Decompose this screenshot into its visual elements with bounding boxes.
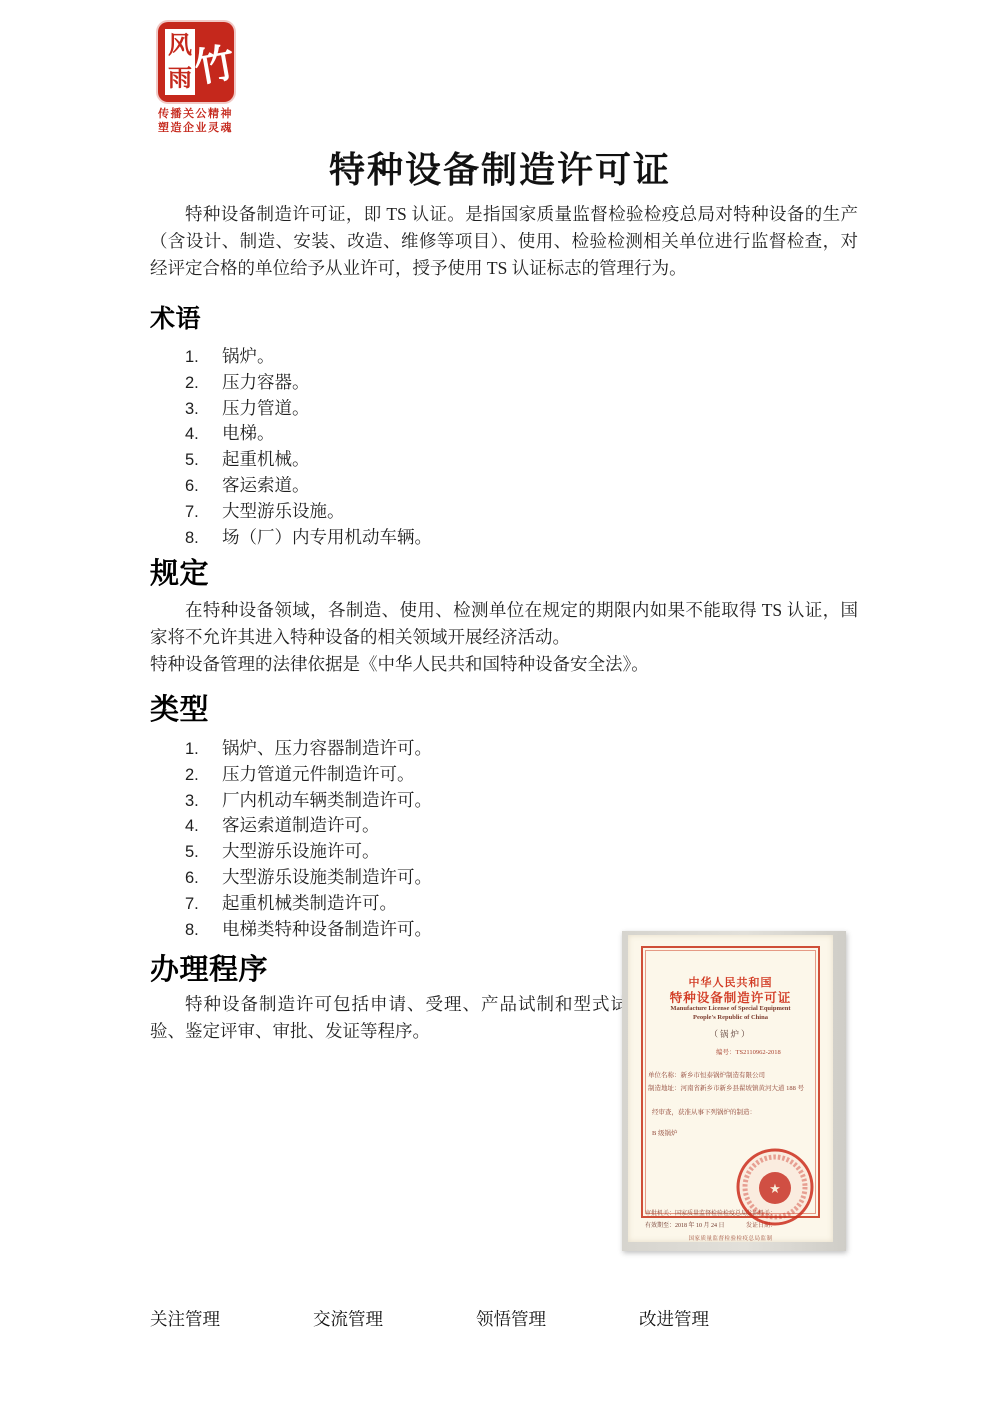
list-item: 5.起重机械。: [185, 446, 432, 472]
list-item: 6.大型游乐设施类制造许可。: [185, 864, 432, 890]
list-item: 3.压力管道。: [185, 395, 432, 421]
section-heading-procedure: 办理程序: [150, 947, 268, 988]
list-item-text: 起重机械类制造许可。: [222, 890, 397, 915]
list-item-text: 大型游乐设施类制造许可。: [222, 864, 432, 889]
list-item: 4.电梯。: [185, 420, 432, 446]
list-item-text: 压力容器。: [222, 369, 310, 394]
list-number: 3.: [185, 792, 222, 811]
cert-address: 制造地址：河南省新乡市新乡县翟坡镇黄河大道 188 号: [648, 1083, 804, 1092]
list-item-text: 电梯。: [222, 420, 275, 445]
list-number: 1.: [185, 348, 222, 367]
list-item-text: 压力管道元件制造许可。: [222, 761, 415, 786]
cert-title-en2: People's Republic of China: [628, 1014, 833, 1021]
section-heading-types: 类型: [150, 687, 209, 728]
cert-approver: 审批机关：国家质量监督检验检疫总局: [645, 1208, 747, 1217]
rules-paragraph-1: 在特种设备领域，各制造、使用、检测单位在规定的期限内如果不能取得 TS 认证，国…: [150, 597, 858, 651]
cert-scope: B 级锅炉: [652, 1128, 677, 1137]
list-item-text: 锅炉。: [222, 343, 275, 368]
list-item-text: 电梯类特种设备制造许可。: [222, 916, 432, 941]
list-number: 2.: [185, 766, 222, 785]
list-item: 2.压力容器。: [185, 369, 432, 395]
list-item: 1.锅炉。: [185, 343, 432, 369]
list-number: 2.: [185, 374, 222, 393]
intro-paragraph: 特种设备制造许可证，即 TS 认证。是指国家质量监督检验检疫总局对特种设备的生产…: [150, 201, 858, 282]
footer-link-exchange[interactable]: 交流管理: [313, 1306, 383, 1331]
red-seal-icon: 风 雨 竹: [158, 22, 234, 102]
footer-nav: 关注管理 交流管理 领悟管理 改进管理: [150, 1306, 802, 1331]
list-number: 5.: [185, 843, 222, 862]
list-item: 5.大型游乐设施许可。: [185, 838, 432, 864]
list-item: 2.压力管道元件制造许可。: [185, 761, 432, 787]
document-page: 风 雨 竹 传播关公精神 塑造企业灵魂 特种设备制造许可证 特种设备制造许可证，…: [0, 0, 1000, 1414]
logo-slogan-line1: 传播关公精神: [158, 108, 254, 121]
list-item: 8.场（厂）内专用机动车辆。: [185, 524, 432, 550]
certificate-photo: 中华人民共和国 特种设备制造许可证 Manufacture License of…: [622, 931, 846, 1251]
list-number: 7.: [185, 503, 222, 522]
list-item-text: 大型游乐设施。: [222, 498, 345, 523]
cert-caption: 国家质量监督检验检疫总局监制: [628, 1234, 833, 1242]
list-item-text: 客运索道制造许可。: [222, 812, 380, 837]
cert-company: 单位名称：新乡市恒泰锅炉制造有限公司: [648, 1070, 765, 1079]
procedure-paragraph: 特种设备制造许可包括申请、受理、产品试制和型式试验、鉴定评审、审批、发证等程序。: [150, 991, 628, 1045]
cert-number: 编号：TS2110962-2018: [716, 1047, 781, 1056]
list-item-text: 大型游乐设施许可。: [222, 838, 380, 863]
seal-star-icon: ★: [769, 1181, 781, 1196]
list-item: 7.大型游乐设施。: [185, 498, 432, 524]
rules-paragraph-2: 特种设备管理的法律依据是《中华人民共和国特种设备安全法》。: [150, 651, 858, 678]
page-title: 特种设备制造许可证: [0, 142, 1000, 193]
list-item-text: 客运索道。: [222, 472, 310, 497]
list-number: 8.: [185, 529, 222, 548]
list-item: 6.客运索道。: [185, 472, 432, 498]
footer-link-attention[interactable]: 关注管理: [150, 1306, 220, 1331]
list-item-text: 锅炉、压力容器制造许可。: [222, 735, 432, 760]
section-heading-terms: 术语: [150, 299, 201, 335]
list-item: 3.厂内机动车辆类制造许可。: [185, 787, 432, 813]
list-number: 4.: [185, 817, 222, 836]
list-number: 7.: [185, 895, 222, 914]
list-number: 6.: [185, 477, 222, 496]
list-item-text: 场（厂）内专用机动车辆。: [222, 524, 432, 549]
list-item-text: 起重机械。: [222, 446, 310, 471]
list-number: 6.: [185, 869, 222, 888]
cert-title-en1: Manufacture License of Special Equipment: [628, 1005, 833, 1012]
official-round-seal-icon: ★: [734, 1146, 816, 1228]
cert-approval-line: 经审查，获准从事下列锅炉的制造：: [652, 1107, 756, 1116]
certificate-paper: 中华人民共和国 特种设备制造许可证 Manufacture License of…: [628, 935, 833, 1242]
cert-category: （锅炉）: [628, 1028, 833, 1040]
section-heading-rules: 规定: [150, 551, 209, 592]
list-item: 7.起重机械类制造许可。: [185, 890, 432, 916]
list-number: 1.: [185, 740, 222, 759]
cert-valid-until: 有效期至：2018 年 10 月 24 日: [645, 1220, 725, 1229]
list-number: 3.: [185, 400, 222, 419]
list-number: 4.: [185, 425, 222, 444]
footer-link-improve[interactable]: 改进管理: [639, 1306, 709, 1331]
types-list: 1.锅炉、压力容器制造许可。 2.压力管道元件制造许可。 3.厂内机动车辆类制造…: [185, 735, 432, 941]
cert-title-cn2: 特种设备制造许可证: [628, 988, 833, 1006]
list-item-text: 厂内机动车辆类制造许可。: [222, 787, 432, 812]
logo-slogan-line2: 塑造企业灵魂: [158, 122, 254, 135]
seal-char-zhu: 竹: [190, 22, 238, 101]
seal-char-yu: 雨: [168, 67, 192, 91]
list-number: 5.: [185, 451, 222, 470]
company-logo: 风 雨 竹 传播关公精神 塑造企业灵魂: [158, 22, 254, 135]
list-item: 8.电梯类特种设备制造许可。: [185, 916, 432, 942]
list-number: 8.: [185, 921, 222, 940]
terms-list: 1.锅炉。 2.压力容器。 3.压力管道。 4.电梯。 5.起重机械。 6.客运…: [185, 343, 432, 549]
list-item: 4.客运索道制造许可。: [185, 812, 432, 838]
list-item-text: 压力管道。: [222, 395, 310, 420]
list-item: 1.锅炉、压力容器制造许可。: [185, 735, 432, 761]
footer-link-comprehend[interactable]: 领悟管理: [476, 1306, 546, 1331]
